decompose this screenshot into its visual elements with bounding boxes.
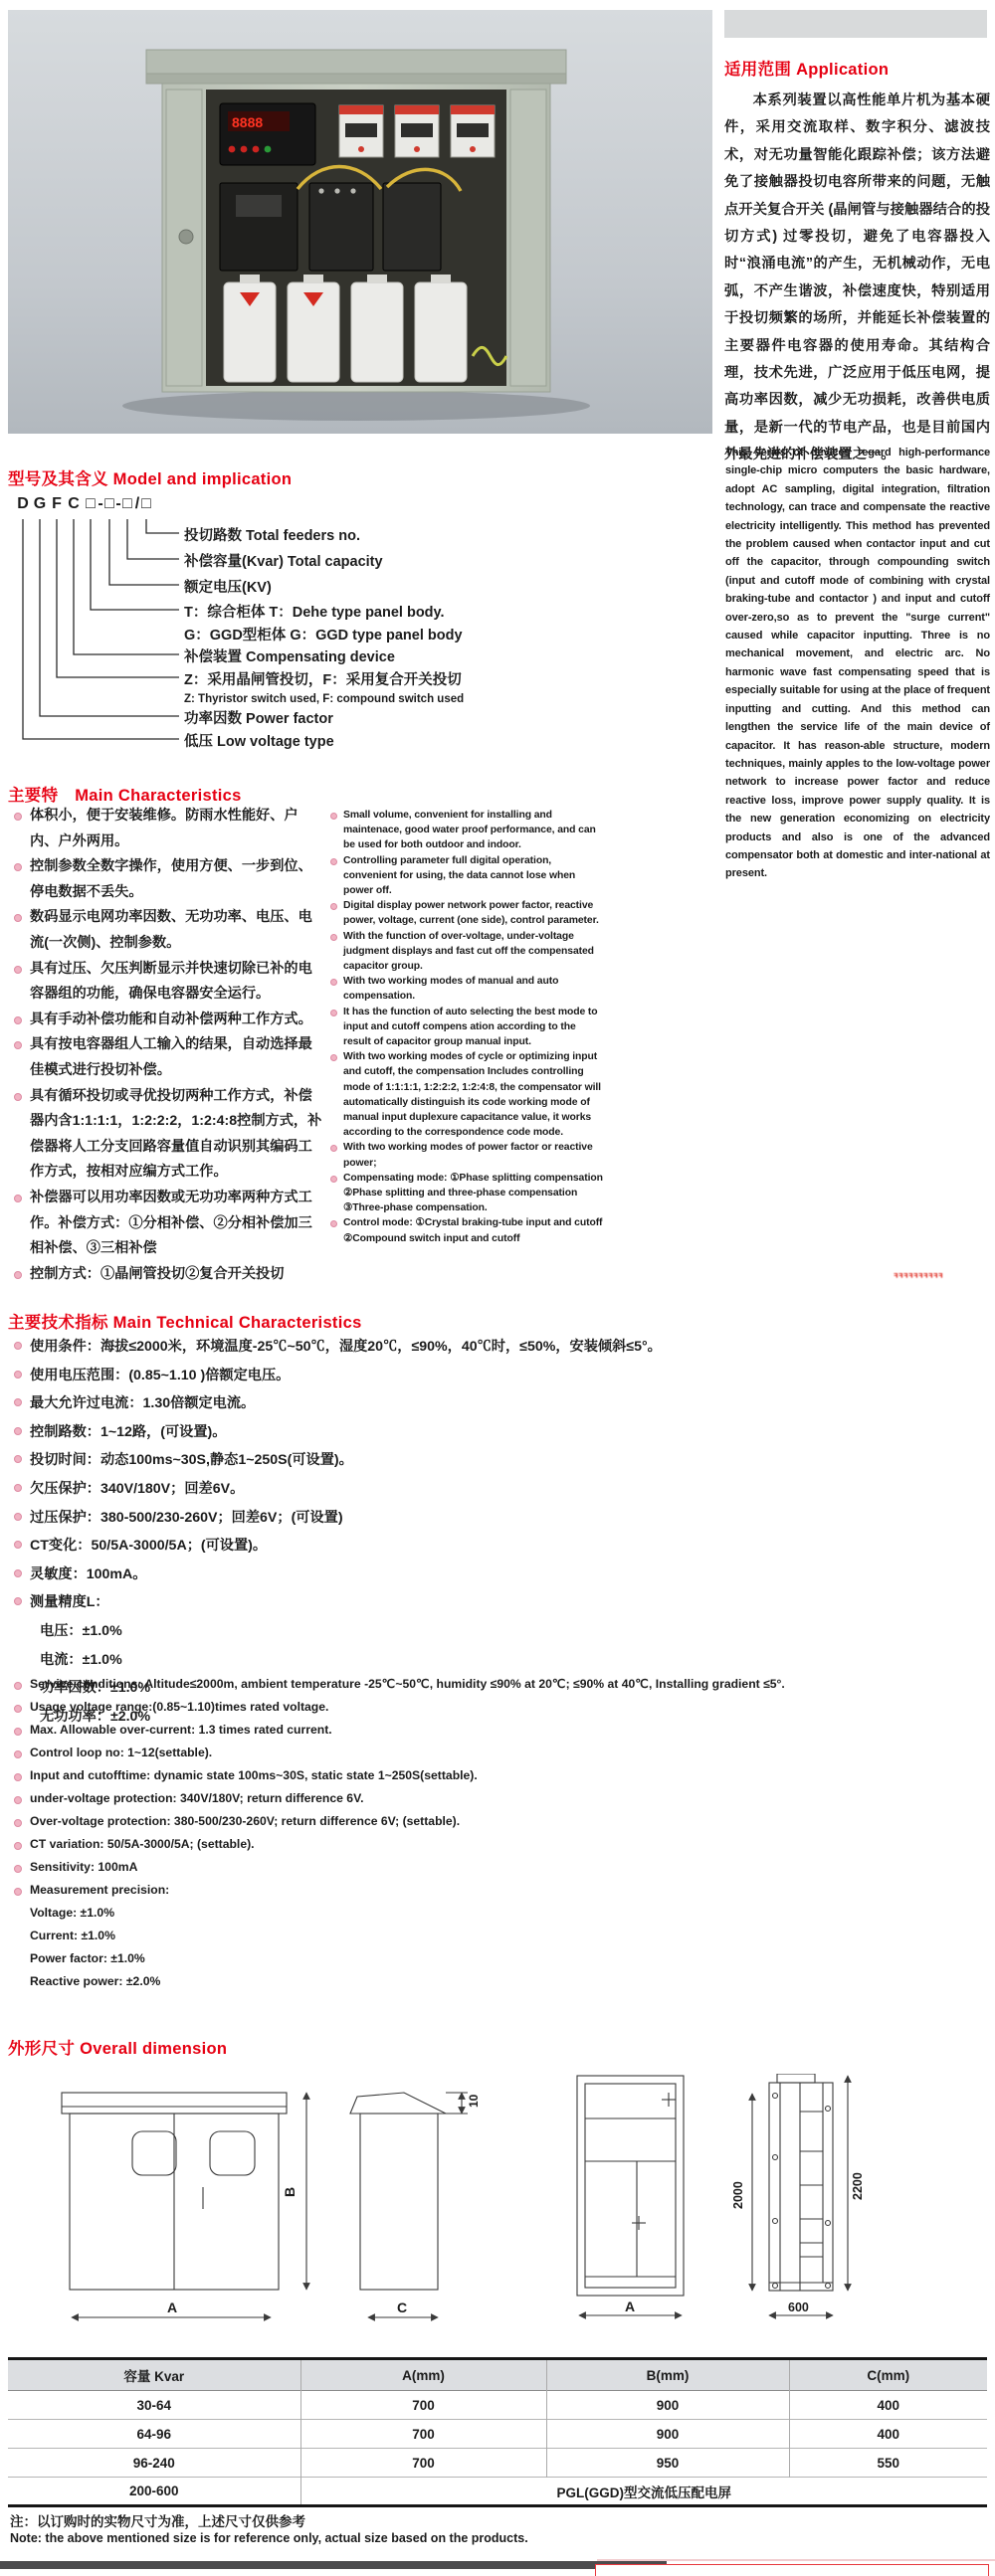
list-item-text: 具有按电容器组人工输入的结果，自动选择最佳模式进行投切补偿。 xyxy=(30,1032,324,1083)
list-item-text: Power factor: ±1.0% xyxy=(30,1947,979,1970)
dim-label-C: C xyxy=(397,2300,407,2315)
footer-dark-bar xyxy=(0,2561,667,2569)
list-item-text: With the function of over-voltage, under… xyxy=(343,929,603,975)
dim-label-2000: 2000 xyxy=(731,2181,745,2209)
table-cell: PGL(GGD)型交流低压配电屏 xyxy=(300,2478,987,2506)
bullet-icon xyxy=(14,1796,22,1804)
capacitor-row xyxy=(224,275,506,382)
drawing-side-view xyxy=(350,2093,468,2317)
dimension-heading: 外形尺寸 Overall dimension xyxy=(8,2035,227,2059)
model-label: Z：采用晶闸管投切，F：采用复合开关投切 xyxy=(184,668,462,689)
list-item: 投切时间：动态100ms~30S,静态1~250S(可设置)。 xyxy=(14,1446,965,1475)
bullet-icon xyxy=(14,1195,22,1202)
list-item-text: 过压保护：380-500/230-260V；回差6V；(可设置) xyxy=(30,1504,965,1533)
table-cell: 400 xyxy=(789,2391,987,2420)
table-row: 64-96700900400 xyxy=(8,2420,987,2449)
bullet-icon xyxy=(14,1541,22,1549)
bullet-icon xyxy=(14,1705,22,1713)
cabinet-roof-edge xyxy=(146,74,566,84)
bullet-icon xyxy=(14,1750,22,1758)
drawing-ggd-side xyxy=(752,2074,848,2315)
bullet-icon xyxy=(14,1427,22,1435)
list-item-text: With two working modes of cycle or optim… xyxy=(343,1049,603,1140)
list-item: Sensitivity: 100mA xyxy=(14,1856,979,1879)
model-label: G：GGD型柜体 G：GGD type panel body xyxy=(184,624,463,644)
list-item-text: Sensitivity: 100mA xyxy=(30,1856,979,1879)
bullet-icon xyxy=(14,1842,22,1850)
list-item: Small volume, convenient for installing … xyxy=(330,808,603,853)
list-item: Current: ±1.0% xyxy=(14,1925,979,1947)
list-item: Digital display power network power fact… xyxy=(330,898,603,928)
bullet-icon xyxy=(14,863,22,871)
list-item-text: Controlling parameter full digital opera… xyxy=(343,853,603,899)
model-label: 补偿容量(Kvar) Total capacity xyxy=(184,550,383,571)
list-item-text: With two working modes of manual and aut… xyxy=(343,974,603,1004)
bullet-icon xyxy=(14,1398,22,1406)
list-item: 控制路数：1~12路，(可设置)。 xyxy=(14,1418,965,1447)
table-header-row: 容量 KvarA(mm)B(mm)C(mm) xyxy=(8,2359,987,2391)
cabinet-door-right xyxy=(510,90,546,386)
dim-label-600: 600 xyxy=(788,2300,809,2314)
model-label: 低压 Low voltage type xyxy=(184,730,334,751)
table-header-cell: 容量 Kvar xyxy=(8,2359,300,2391)
list-item: Voltage: ±1.0% xyxy=(14,1902,979,1925)
bullet-icon xyxy=(14,1371,22,1379)
list-item: Input and cutofftime: dynamic state 100m… xyxy=(14,1764,979,1787)
list-item: 具有手动补偿功能和自动补偿两种工作方式。 xyxy=(14,1008,324,1033)
bullet-icon xyxy=(14,1016,22,1024)
list-item-text: 最大允许过电流：1.30倍额定电流。 xyxy=(30,1389,965,1418)
bullet-icon xyxy=(14,1728,22,1736)
list-item-text: It has the function of auto selecting th… xyxy=(343,1005,603,1050)
bullet-icon xyxy=(330,903,337,910)
list-item-text: Small volume, convenient for installing … xyxy=(343,808,603,853)
table-cell: 200-600 xyxy=(8,2478,300,2506)
list-item-text: Max. Allowable over-current: 1.3 times r… xyxy=(30,1719,979,1742)
list-item-text: Current: ±1.0% xyxy=(30,1925,979,1947)
note-en: Note: the above mentioned size is for re… xyxy=(10,2531,528,2545)
svg-text:8888: 8888 xyxy=(232,114,263,130)
table-cell: 950 xyxy=(546,2449,789,2478)
table-cell: 900 xyxy=(546,2391,789,2420)
characteristics-list-zh: 体积小，便于安装维修。防雨水性能好、户内、户外两用。控制参数全数字操作，使用方便… xyxy=(14,804,324,1287)
list-item-text: Digital display power network power fact… xyxy=(343,898,603,928)
list-item-text: 欠压保护：340V/180V；回差6V。 xyxy=(30,1475,965,1504)
list-item-text: Reactive power: ±2.0% xyxy=(30,1970,979,1993)
list-item-text: Usage voltage range:(0.85~1.10)times rat… xyxy=(30,1696,979,1719)
model-label: 功率因数 Power factor xyxy=(184,707,333,728)
product-photo: 8888 xyxy=(8,10,712,434)
controller-button xyxy=(253,146,260,153)
application-paragraph-en: This series of devices regard high-perfo… xyxy=(725,444,990,883)
cabinet-roof xyxy=(146,50,566,76)
list-item-text: 控制参数全数字操作，使用方便、一步到位、停电数据不丢失。 xyxy=(30,854,324,905)
list-item: With two working modes of manual and aut… xyxy=(330,974,603,1004)
list-item: 使用电压范围：(0.85~1.10 )倍额定电压。 xyxy=(14,1362,965,1390)
breaker-row xyxy=(339,105,495,157)
model-heading: 型号及其含义 Model and implication xyxy=(8,465,292,489)
dim-label-2200: 2200 xyxy=(851,2172,865,2200)
technical-list-zh: 使用条件：海拔≤2000米，环境温度-25℃~50℃，湿度20℃，≤90%，40… xyxy=(14,1333,965,1731)
list-item: Compensating mode: ①Phase splitting comp… xyxy=(330,1171,603,1216)
list-item: Control mode: ①Crystal braking-tube inpu… xyxy=(330,1215,603,1245)
table-cell: 700 xyxy=(300,2420,546,2449)
list-item-text: Voltage: ±1.0% xyxy=(30,1902,979,1925)
list-item-text: 控制路数：1~12路，(可设置)。 xyxy=(30,1418,965,1447)
bullet-icon xyxy=(14,1865,22,1873)
list-item-text: 电流：±1.0% xyxy=(40,1646,965,1675)
list-item-text: With two working modes of power factor o… xyxy=(343,1140,603,1170)
list-item-text: 数码显示电网功率因数、无功功率、电压、电流(一次侧)、控制参数。 xyxy=(30,905,324,956)
list-item: 最大允许过电流：1.30倍额定电流。 xyxy=(14,1389,965,1418)
controller-button xyxy=(241,146,248,153)
list-item-text: 投切时间：动态100ms~30S,静态1~250S(可设置)。 xyxy=(30,1446,965,1475)
dim-label-A-front: A xyxy=(167,2300,177,2315)
dim-label-A-ggd: A xyxy=(625,2299,635,2314)
characteristics-list-en: Small volume, convenient for installing … xyxy=(330,808,603,1246)
list-item-text: 灵敏度：100mA。 xyxy=(30,1561,965,1589)
bullet-icon xyxy=(14,1093,22,1101)
table-header-cell: B(mm) xyxy=(546,2359,789,2391)
list-item-text: Service conditions: Altitude≤2000m, ambi… xyxy=(30,1673,979,1696)
list-item: Control loop no: 1~12(settable). xyxy=(14,1742,979,1764)
list-item-text: Input and cutofftime: dynamic state 100m… xyxy=(30,1764,979,1787)
bullet-icon xyxy=(330,858,337,865)
characteristics-heading: 主要特 Main Characteristics xyxy=(8,782,242,806)
floor-shadow xyxy=(122,391,590,421)
list-item: 电流：±1.0% xyxy=(14,1646,965,1675)
dim-label-10: 10 xyxy=(467,2094,481,2108)
list-item: Measurement precision: xyxy=(14,1879,979,1902)
bullet-icon xyxy=(14,1569,22,1577)
list-item-text: 电压：±1.0% xyxy=(40,1617,965,1646)
model-label: Z: Thyristor switch used, F: compound sw… xyxy=(184,693,464,705)
table-header-cell: A(mm) xyxy=(300,2359,546,2391)
bullet-icon xyxy=(14,1819,22,1827)
footer-red-box xyxy=(595,2564,989,2576)
list-item: 欠压保护：340V/180V；回差6V。 xyxy=(14,1475,965,1504)
list-item-text: 补偿器可以用功率因数或无功功率两种方式工作。补偿方式：①分相补偿、②分相补偿加三… xyxy=(30,1186,324,1262)
list-item-text: Over-voltage protection: 380-500/230-260… xyxy=(30,1810,979,1833)
list-item: 控制参数全数字操作，使用方便、一步到位、停电数据不丢失。 xyxy=(14,854,324,905)
drawing-front-view xyxy=(62,2093,306,2317)
bullet-icon xyxy=(14,1271,22,1279)
list-item: 测量精度L： xyxy=(14,1588,965,1617)
list-item: 数码显示电网功率因数、无功功率、电压、电流(一次侧)、控制参数。 xyxy=(14,905,324,956)
table-cell: 30-64 xyxy=(8,2391,300,2420)
table-cell: 96-240 xyxy=(8,2449,300,2478)
list-item: 灵敏度：100mA。 xyxy=(14,1561,965,1589)
list-item: 过压保护：380-500/230-260V；回差6V；(可设置) xyxy=(14,1504,965,1533)
bullet-icon xyxy=(14,1682,22,1690)
technical-heading: 主要技术指标 Main Technical Characteristics xyxy=(8,1309,362,1333)
bullet-icon xyxy=(14,1888,22,1896)
list-item: 具有按电容器组人工输入的结果，自动选择最佳模式进行投切补偿。 xyxy=(14,1032,324,1083)
list-item: 补偿器可以用功率因数或无功功率两种方式工作。补偿方式：①分相补偿、②分相补偿加三… xyxy=(14,1186,324,1262)
list-item-text: under-voltage protection: 340V/180V; ret… xyxy=(30,1787,979,1810)
bullet-icon xyxy=(330,934,337,941)
list-item-text: 体积小，便于安装维修。防雨水性能好、户内、户外两用。 xyxy=(30,804,324,854)
drawing-ggd-front xyxy=(577,2076,684,2315)
list-item: Controlling parameter full digital opera… xyxy=(330,853,603,899)
dim-label-B: B xyxy=(282,2187,298,2197)
table-cell: 400 xyxy=(789,2420,987,2449)
list-item-text: CT变化：50/5A-3000/5A；(可设置)。 xyxy=(30,1532,965,1561)
red-watermark: ⅎⅎⅎⅎⅎⅎⅎⅎⅎⅎ xyxy=(894,1269,987,1281)
table-row: 30-64700900400 xyxy=(8,2391,987,2420)
list-item: CT变化：50/5A-3000/5A；(可设置)。 xyxy=(14,1532,965,1561)
technical-list-en: Service conditions: Altitude≤2000m, ambi… xyxy=(14,1673,979,1993)
list-item-text: Control mode: ①Crystal braking-tube inpu… xyxy=(343,1215,603,1245)
bullet-icon xyxy=(14,1484,22,1492)
table-row: 200-600PGL(GGD)型交流低压配电屏 xyxy=(8,2478,987,2506)
list-item: 电压：±1.0% xyxy=(14,1617,965,1646)
bullet-icon xyxy=(330,1220,337,1227)
bullet-icon xyxy=(14,914,22,922)
bullet-icon xyxy=(330,1145,337,1152)
bullet-icon xyxy=(14,1455,22,1463)
controller-button xyxy=(265,146,272,153)
list-item-text: 具有过压、欠压判断显示并快速切除已补的电容器组的功能，确保电容器安全运行。 xyxy=(30,957,324,1008)
list-item-text: 控制方式：①晶闸管投切②复合开关投切 xyxy=(30,1262,324,1288)
list-item: Over-voltage protection: 380-500/230-260… xyxy=(14,1810,979,1833)
list-item: CT variation: 50/5A-3000/5A; (settable). xyxy=(14,1833,979,1856)
list-item-text: 具有循环投切或寻优投切两种工作方式，补偿器内含1:1:1:1，1:2:2:2，1… xyxy=(30,1084,324,1186)
list-item-text: Compensating mode: ①Phase splitting comp… xyxy=(343,1171,603,1216)
bullet-icon xyxy=(330,1054,337,1061)
list-item-text: 测量精度L： xyxy=(30,1588,965,1617)
list-item: 具有循环投切或寻优投切两种工作方式，补偿器内含1:1:1:1，1:2:2:2，1… xyxy=(14,1084,324,1186)
list-item-text: CT variation: 50/5A-3000/5A; (settable). xyxy=(30,1833,979,1856)
list-item: It has the function of auto selecting th… xyxy=(330,1005,603,1050)
list-item-text: 具有手动补偿功能和自动补偿两种工作方式。 xyxy=(30,1008,324,1033)
model-code-diagram: DGFC□-□-□/□ 投切路数 Total feeders no.补偿容量(K… xyxy=(8,495,625,764)
bullet-icon xyxy=(330,979,337,986)
bullet-icon xyxy=(14,1773,22,1781)
door-lock-knob xyxy=(179,230,193,244)
controller-unit: 8888 xyxy=(220,103,315,165)
model-label: 补偿装置 Compensating device xyxy=(184,645,395,666)
model-label: 投切路数 Total feeders no. xyxy=(184,524,360,545)
list-item: With two working modes of cycle or optim… xyxy=(330,1049,603,1140)
list-item-text: 使用条件：海拔≤2000米，环境温度-25℃~50℃，湿度20℃，≤90%，40… xyxy=(30,1333,965,1362)
list-item: Max. Allowable over-current: 1.3 times r… xyxy=(14,1719,979,1742)
bullet-icon xyxy=(14,1513,22,1521)
bullet-icon xyxy=(330,1010,337,1016)
list-item: Power factor: ±1.0% xyxy=(14,1947,979,1970)
model-label: T：综合柜体 T：Dehe type panel body. xyxy=(184,601,445,622)
list-item-text: Control loop no: 1~12(settable). xyxy=(30,1742,979,1764)
bullet-icon xyxy=(330,813,337,820)
list-item: 具有过压、欠压判断显示并快速切除已补的电容器组的功能，确保电容器安全运行。 xyxy=(14,957,324,1008)
list-item-text: 使用电压范围：(0.85~1.10 )倍额定电压。 xyxy=(30,1362,965,1390)
application-paragraph-zh: 本系列装置以高性能单片机为基本硬件，采用交流取样、数字积分、滤波技术，对无功量智… xyxy=(724,88,990,469)
bullet-icon xyxy=(14,1342,22,1350)
bullet-icon xyxy=(14,1597,22,1605)
bullet-icon xyxy=(14,813,22,821)
table-cell: 700 xyxy=(300,2391,546,2420)
list-item: With the function of over-voltage, under… xyxy=(330,929,603,975)
bullet-icon xyxy=(14,1041,22,1049)
list-item: Reactive power: ±2.0% xyxy=(14,1970,979,1993)
table-cell: 64-96 xyxy=(8,2420,300,2449)
table-cell: 700 xyxy=(300,2449,546,2478)
product-photo-illustration: 8888 xyxy=(8,10,712,434)
table-row: 96-240700950550 xyxy=(8,2449,987,2478)
list-item: 体积小，便于安装维修。防雨水性能好、户内、户外两用。 xyxy=(14,804,324,854)
dimension-table: 容量 KvarA(mm)B(mm)C(mm)30-6470090040064-9… xyxy=(8,2357,987,2507)
bullet-icon xyxy=(14,966,22,974)
table-cell: 550 xyxy=(789,2449,987,2478)
list-item: 控制方式：①晶闸管投切②复合开关投切 xyxy=(14,1262,324,1288)
list-item: 使用条件：海拔≤2000米，环境温度-25℃~50℃，湿度20℃，≤90%，40… xyxy=(14,1333,965,1362)
list-item: Service conditions: Altitude≤2000m, ambi… xyxy=(14,1673,979,1696)
list-item: Usage voltage range:(0.85~1.10)times rat… xyxy=(14,1696,979,1719)
list-item-text: Measurement precision: xyxy=(30,1879,979,1902)
bullet-icon xyxy=(330,1176,337,1183)
note-zh: 注：以订购时的实物尺寸为准，上述尺寸仅供参考 xyxy=(10,2510,305,2530)
catalog-page: { "colors": {"heading_red": "#e60012", "… xyxy=(0,0,995,2576)
table-header-cell: C(mm) xyxy=(789,2359,987,2391)
list-item: With two working modes of power factor o… xyxy=(330,1140,603,1170)
cabinet: 8888 xyxy=(146,50,566,392)
dimension-drawings: A B C 10 A 2000 2200 600 xyxy=(40,2074,985,2372)
controller-button xyxy=(229,146,236,153)
list-item: under-voltage protection: 340V/180V; ret… xyxy=(14,1787,979,1810)
right-column-top-bar xyxy=(724,10,987,38)
application-heading: 适用范围 Application xyxy=(724,56,889,80)
table-cell: 900 xyxy=(546,2420,789,2449)
model-label: 额定电压(KV) xyxy=(184,576,272,597)
